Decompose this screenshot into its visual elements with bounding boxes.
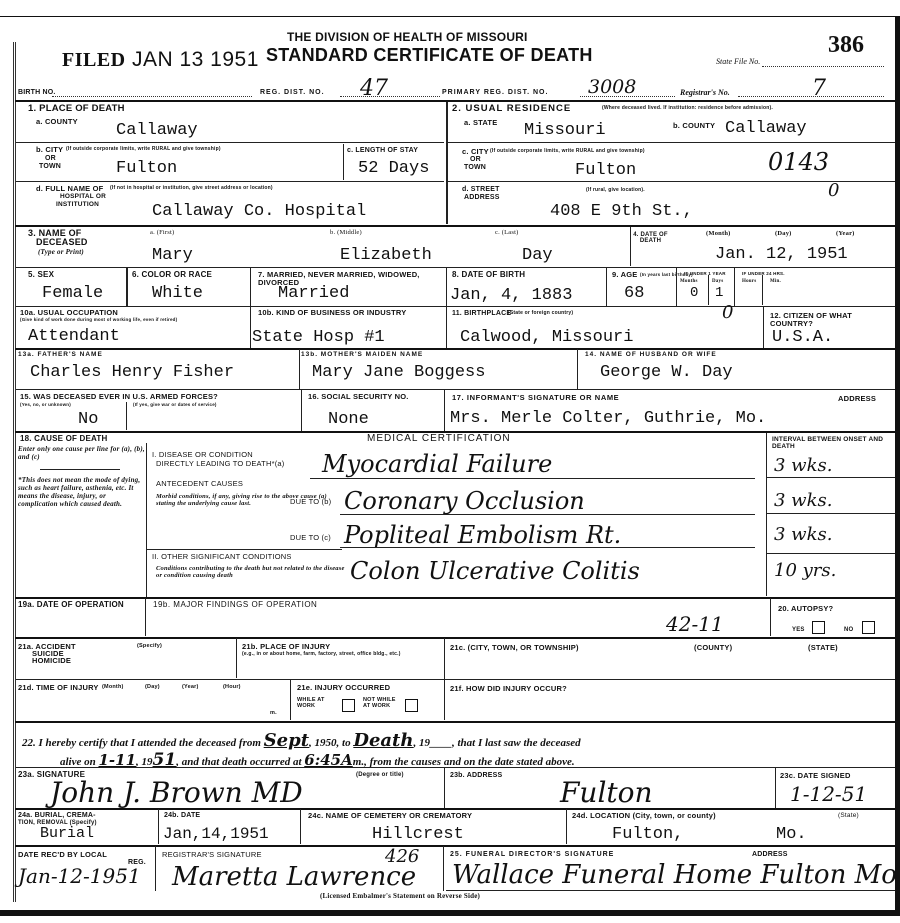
other-conditions: Colon Ulcerative Colitis (350, 557, 640, 585)
cert-statement: 22. I hereby certify that I attended the… (22, 730, 581, 751)
social-security: None (328, 411, 369, 428)
cause-c: Popliteal Embolism Rt. (344, 521, 621, 549)
bottom-border (0, 910, 900, 916)
date-of-death: Jan. 12, 1951 (715, 246, 848, 263)
registrar-no-label: Registrar's No. (680, 88, 730, 97)
interval-other: 10 yrs. (774, 560, 836, 581)
race: White (152, 285, 203, 302)
hospital-name: Callaway Co. Hospital (152, 203, 366, 220)
death-county: Callaway (116, 122, 198, 139)
cemetery-name: Hillcrest (372, 826, 464, 843)
last-name: Day (522, 247, 553, 264)
burial-type: Burial (40, 826, 94, 841)
while-at-work-checkbox[interactable] (342, 699, 355, 712)
autopsy-no-checkbox[interactable] (862, 621, 875, 634)
not-while-at-work-checkbox[interactable] (405, 699, 418, 712)
state-file-label: State File No. (716, 57, 760, 66)
length-of-stay: 52 Days (358, 160, 429, 177)
date-of-birth: Jan, 4, 1883 (450, 287, 572, 304)
physician-address: Fulton (560, 776, 653, 809)
interval-a: 3 wks. (774, 455, 832, 476)
mother-maiden-name: Mary Jane Boggess (312, 364, 485, 381)
agency-title: THE DIVISION OF HEALTH OF MISSOURI (287, 30, 528, 44)
father-name: Charles Henry Fisher (30, 364, 234, 381)
interval-c: 3 wks. (774, 524, 832, 545)
physician-signature: John J. Brown MD (50, 776, 303, 809)
primary-reg-value: 3008 (588, 76, 636, 98)
residence-city: Fulton (575, 162, 636, 179)
place-of-death-label: 1. PLACE OF DEATH (28, 104, 125, 114)
armed-forces: No (78, 411, 98, 428)
residence-street: 408 E 9th St., (550, 203, 693, 220)
citizenship: U.S.A. (772, 329, 833, 346)
middle-name: Elizabeth (340, 247, 432, 264)
reg-dist-label: REG. DIST. NO. (260, 89, 325, 96)
residence-city-code: 0143 (768, 148, 829, 176)
registrar-signature: Maretta Lawrence (172, 862, 416, 892)
cause-b: Coronary Occlusion (344, 487, 585, 515)
county-label: a. COUNTY (36, 118, 78, 126)
burial-city: Fulton, (612, 826, 683, 843)
footer-note: (Licensed Embalmer's Statement on Revers… (320, 893, 480, 900)
right-border (895, 16, 900, 912)
certificate-title: STANDARD CERTIFICATE OF DEATH (266, 45, 593, 66)
burial-state: Mo. (776, 826, 807, 843)
burial-date: Jan,14,1951 (163, 826, 269, 842)
filed-stamp: FILED JAN 13 1951 (62, 48, 259, 72)
marital-status: Married (278, 285, 349, 302)
informant: Mrs. Merle Colter, Guthrie, Mo. (450, 410, 766, 427)
cause-a: Myocardial Failure (322, 450, 552, 478)
usual-occupation: Attendant (28, 328, 120, 345)
residence-state: Missouri (524, 122, 606, 139)
operation-code: 42-11 (666, 612, 724, 636)
interval-b: 3 wks. (774, 490, 832, 511)
primary-reg-label: PRIMARY REG. DIST. NO. (442, 89, 548, 96)
birth-no-label: BIRTH NO. (18, 89, 56, 96)
date-signed: 1-12-51 (790, 782, 867, 806)
residence-county: Callaway (725, 120, 807, 137)
death-city: Fulton (116, 160, 177, 177)
reg-dist-value: 47 (360, 76, 388, 101)
left-border (13, 42, 16, 902)
age: 68 (624, 285, 644, 302)
kind-of-business: State Hosp #1 (252, 329, 385, 346)
date-received: Jan-12-1951 (18, 864, 141, 888)
autopsy-yes-checkbox[interactable] (812, 621, 825, 634)
sex: Female (42, 285, 103, 302)
registrar-no-value: 7 (812, 76, 826, 101)
spouse-name: George W. Day (600, 364, 733, 381)
state-file-number: 386 (828, 32, 864, 59)
city-label: b. CITY (36, 146, 63, 154)
funeral-director-signature: Wallace Funeral Home Fulton Mo (452, 860, 897, 890)
age-days: 1 (715, 286, 723, 300)
first-name: Mary (152, 247, 193, 264)
birthplace: Calwood, Missouri (460, 329, 633, 346)
age-months: 0 (690, 286, 698, 300)
